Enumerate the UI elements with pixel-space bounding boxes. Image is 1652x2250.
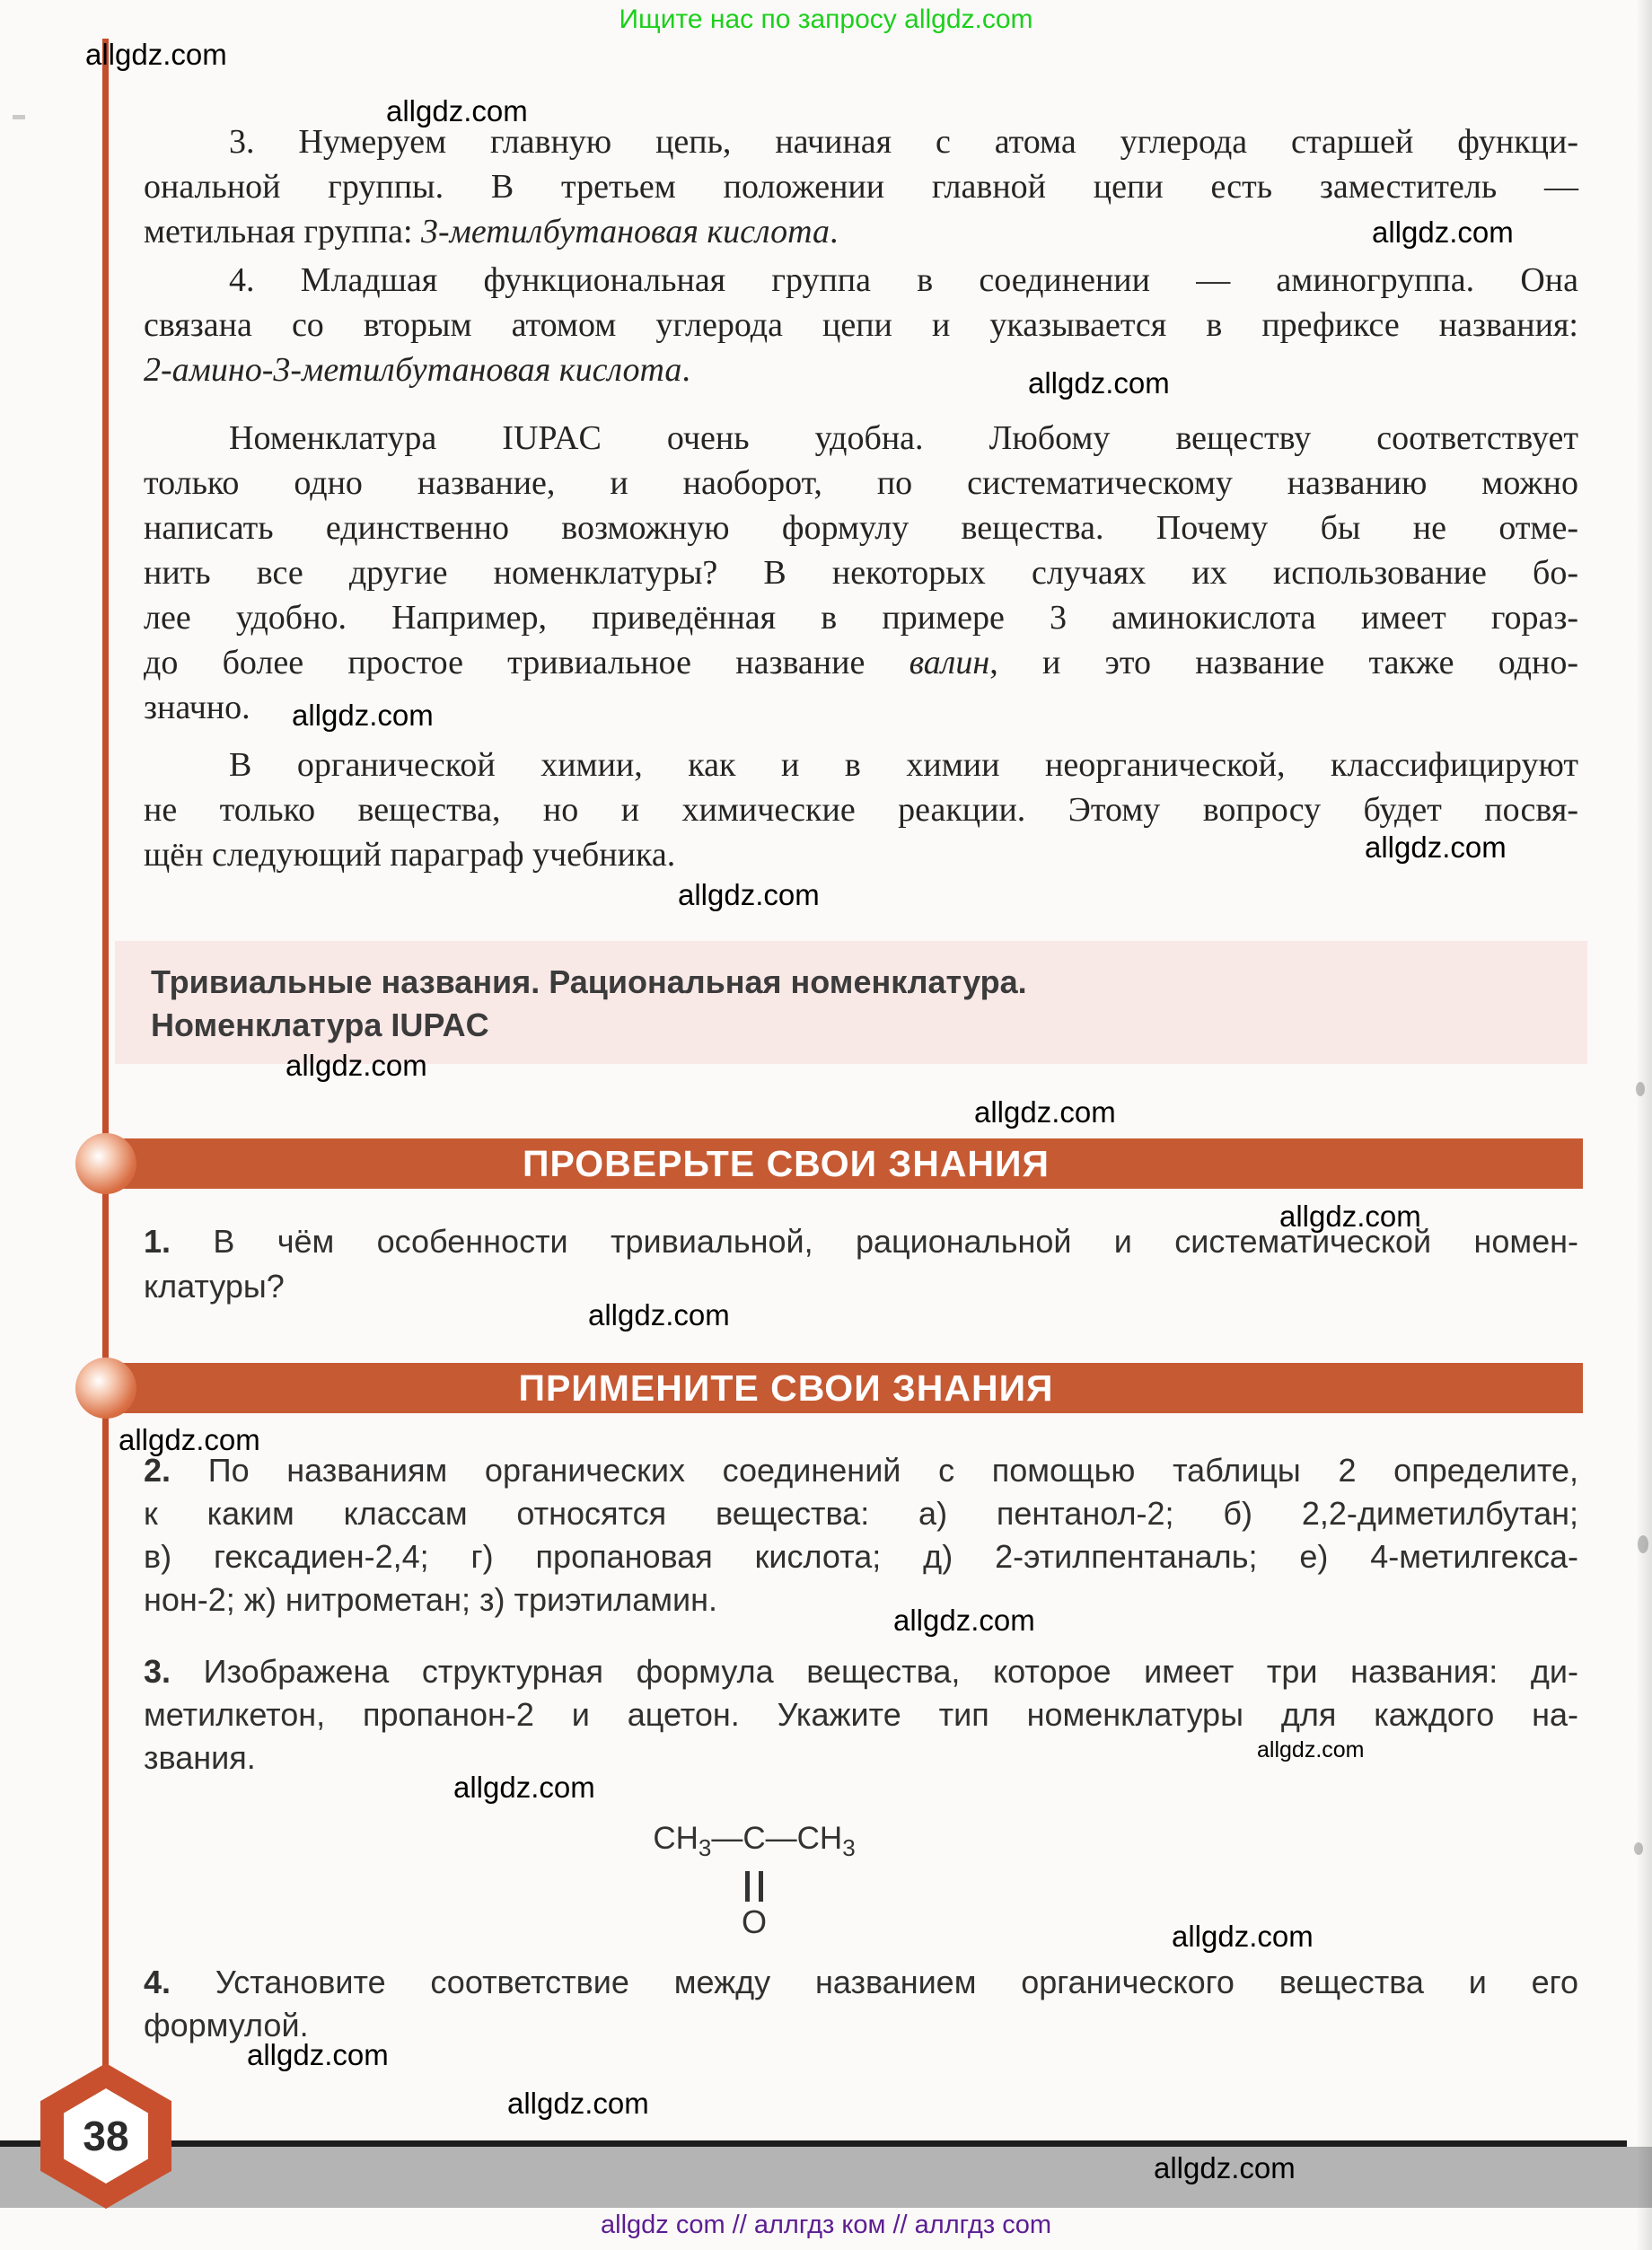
question-2: 2. По названиям органических соединений … — [144, 1449, 1578, 1622]
watermark: allgdz.com — [1279, 1200, 1421, 1234]
formula-subscript: 3 — [842, 1834, 855, 1861]
page-number: 38 — [83, 2112, 128, 2160]
watermark: allgdz.com — [507, 2087, 649, 2121]
text-line: клатуры? — [144, 1264, 1578, 1309]
double-bond — [745, 1871, 763, 1902]
formula-atom: CH — [797, 1821, 843, 1856]
formula-subscript: 3 — [699, 1834, 711, 1861]
text-run: метильная группа: — [144, 213, 421, 250]
watermark: allgdz.com — [286, 1049, 427, 1083]
text-line: 2-амино-3-метилбутановая кислота. — [144, 347, 1578, 392]
text-run: до более простое тривиальное название — [144, 644, 909, 681]
text-run: , и это название также одно- — [989, 644, 1578, 681]
text-line: Номенклатура IUPAC очень удобна. Любому … — [144, 416, 1578, 461]
text-line: 3. Изображена структурная формула вещест… — [144, 1650, 1578, 1693]
text-line: к каким классам относятся вещества: а) п… — [144, 1492, 1578, 1535]
text-line: в) гексадиен-2,4; г) пропановая кислота;… — [144, 1535, 1578, 1578]
watermark: allgdz.com — [453, 1771, 595, 1805]
bullet-sphere — [75, 1358, 136, 1419]
chem-name-italic: 2-амино-3-метилбутановая кислота — [144, 351, 681, 389]
text-line: до более простое тривиальное название ва… — [144, 640, 1578, 685]
paragraph-step-3: 3. Нумеруем главную цепь, начиная с атом… — [144, 119, 1578, 254]
paragraph-iupac: Номенклатура IUPAC очень удобна. Любому … — [144, 416, 1578, 730]
watermark: allgdz.com — [1257, 1737, 1365, 1763]
scan-speck — [13, 115, 25, 119]
watermark: allgdz.com — [1154, 2151, 1296, 2185]
bullet-sphere — [75, 1133, 136, 1194]
text-line: 4. Установите соответствие между названи… — [144, 1961, 1578, 2004]
section-banner-label: ПРИМЕНИТЕ СВОИ ЗНАНИЯ — [518, 1367, 1053, 1410]
question-number: 3. — [144, 1653, 171, 1690]
structural-formula: CH3—C—CH3 O — [619, 1821, 889, 1939]
chem-name-italic: 3-метилбутановая кислота — [421, 213, 830, 250]
oxygen-atom: O — [742, 1905, 767, 1939]
formula-bond-carbon: —C— — [711, 1821, 796, 1856]
watermark: allgdz.com — [247, 2038, 389, 2072]
text-run: Установите соответствие между названием … — [171, 1964, 1578, 2000]
text-line: В органической химии, как и в химии неор… — [144, 743, 1578, 787]
text-line: не только вещества, но и химические реак… — [144, 787, 1578, 832]
scanned-textbook-page: Ищите нас по запросу allgdz.com allgdz.c… — [0, 0, 1652, 2250]
question-number: 4. — [144, 1964, 171, 2000]
footer-rule — [0, 2140, 1627, 2147]
formula-atom: CH — [653, 1821, 699, 1856]
watermark: allgdz.com — [1028, 366, 1170, 400]
text-line: написать единственно возможную формулу в… — [144, 505, 1578, 550]
text-line: связана со вторым атомом углерода цепи и… — [144, 303, 1578, 347]
question-number: 1. — [144, 1223, 171, 1260]
watermark: allgdz.com — [1372, 215, 1514, 250]
formula-line: CH3—C—CH3 — [653, 1821, 855, 1866]
key-terms-box: Тривиальные названия. Рациональная номен… — [115, 941, 1587, 1064]
watermark: allgdz.com — [1172, 1920, 1314, 1954]
left-margin-rule — [102, 39, 109, 2070]
watermark: allgdz.com — [119, 1423, 260, 1457]
watermark: allgdz.com — [85, 38, 227, 72]
text-run: . — [681, 351, 690, 389]
text-line: 4. Младшая функциональная группа в соеди… — [144, 258, 1578, 303]
bottom-scan-bar — [0, 2147, 1652, 2208]
page-edge-shadow — [1636, 0, 1652, 2250]
text-line: 3. Нумеруем главную цепь, начиная с атом… — [144, 119, 1578, 164]
text-line: метильная группа: 3-метилбутановая кисло… — [144, 209, 1578, 254]
question-number: 2. — [144, 1452, 171, 1489]
chem-name-italic: валин — [909, 644, 990, 681]
watermark: allgdz.com — [678, 878, 820, 912]
promo-search-text: Ищите нас по запросу allgdz.com — [575, 4, 1077, 35]
paragraph-classification: В органической химии, как и в химии неор… — [144, 743, 1578, 877]
watermark: allgdz.com — [974, 1095, 1116, 1129]
text-line: нить все другие номенклатуры? В некоторы… — [144, 550, 1578, 595]
watermark: allgdz.com — [893, 1604, 1035, 1638]
footer-links: allgdz com // аллгдз ком // аллгдз com — [0, 2210, 1652, 2240]
watermark: allgdz.com — [292, 699, 434, 733]
section-banner-apply: ПРИМЕНИТЕ СВОИ ЗНАНИЯ — [115, 1363, 1583, 1413]
text-run: По названиям органических соединений с п… — [171, 1452, 1578, 1489]
text-line: нон-2; ж) нитрометан; з) триэтиламин. — [144, 1578, 1578, 1622]
watermark: allgdz.com — [386, 94, 528, 128]
text-line: лее удобно. Например, приведённая в прим… — [144, 595, 1578, 640]
page-number-badge-inner: 38 — [64, 2088, 148, 2184]
text-run: . — [830, 213, 839, 250]
section-banner-check: ПРОВЕРЬТЕ СВОИ ЗНАНИЯ — [115, 1138, 1583, 1189]
watermark: allgdz.com — [588, 1298, 730, 1332]
text-line: ональной группы. В третьем положении гла… — [144, 164, 1578, 209]
text-line: только одно название, и наоборот, по сис… — [144, 461, 1578, 505]
section-banner-label: ПРОВЕРЬТЕ СВОИ ЗНАНИЯ — [523, 1143, 1050, 1185]
key-terms-line: Номенклатура IUPAC — [151, 1004, 1587, 1047]
text-line: щён следующий параграф учебника. — [144, 832, 1578, 877]
question-4: 4. Установите соответствие между названи… — [144, 1961, 1578, 2047]
paragraph-step-4: 4. Младшая функциональная группа в соеди… — [144, 258, 1578, 392]
text-run: Изображена структурная формула вещества,… — [171, 1653, 1578, 1690]
text-line: метилкетон, пропанон-2 и ацетон. Укажите… — [144, 1693, 1578, 1736]
watermark: allgdz.com — [1365, 831, 1507, 865]
key-terms-line: Тривиальные названия. Рациональная номен… — [151, 961, 1587, 1004]
text-line: 2. По названиям органических соединений … — [144, 1449, 1578, 1492]
